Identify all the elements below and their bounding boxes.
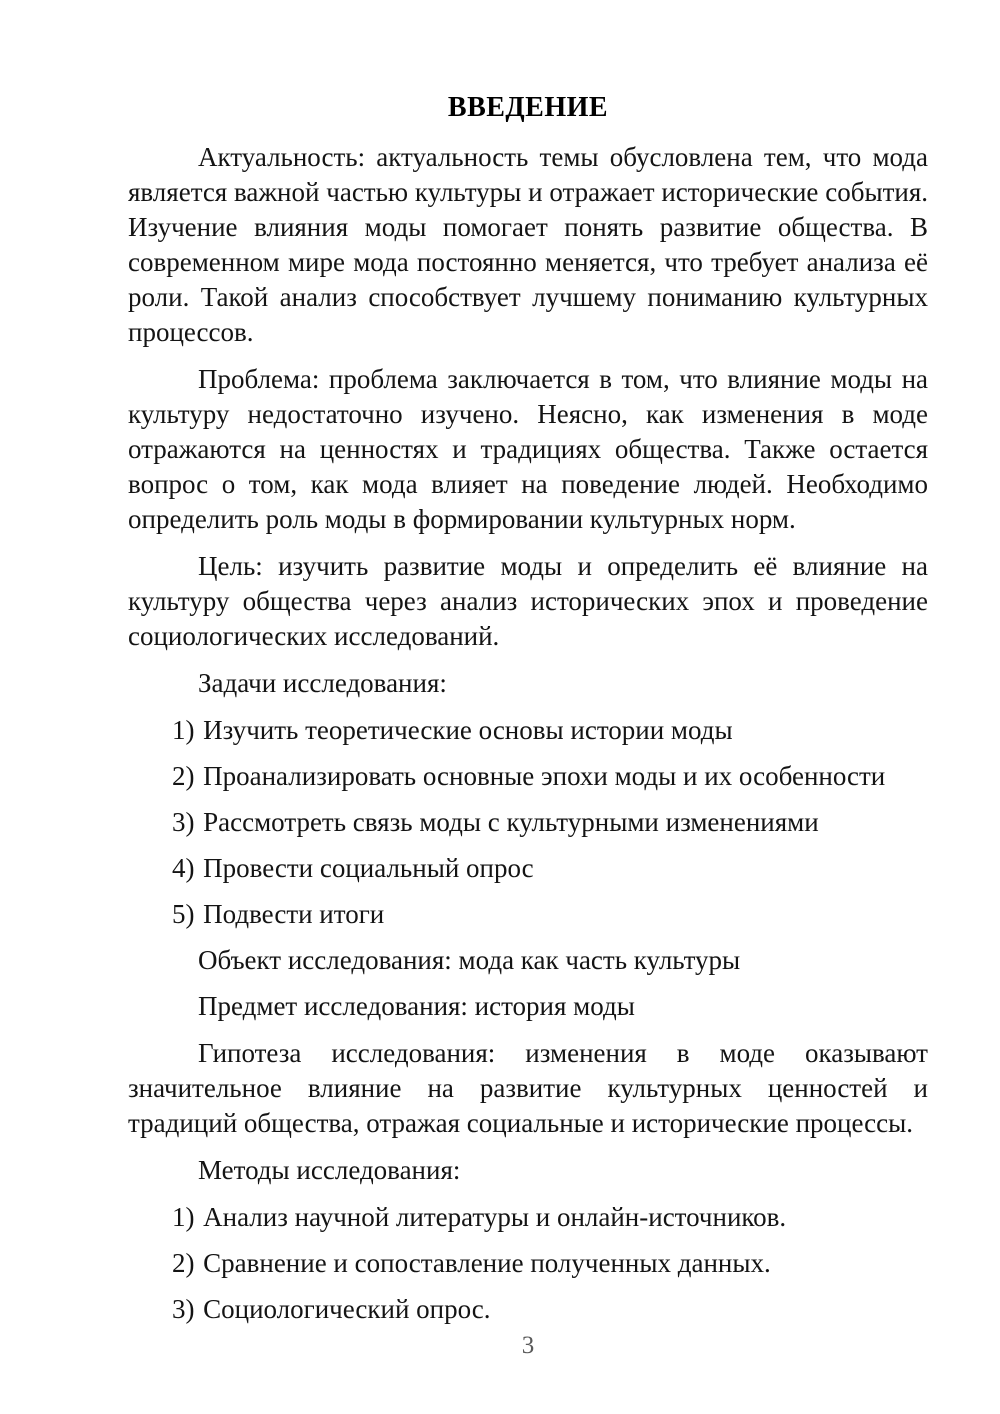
method-item-3-number: 3) bbox=[172, 1294, 195, 1324]
method-item-3: 3)Социологический опрос. bbox=[172, 1292, 928, 1327]
document-content: ВВЕДЕНИЕ Актуальность: актуальность темы… bbox=[128, 90, 928, 1338]
method-item-1-text: Анализ научной литературы и онлайн-источ… bbox=[203, 1202, 786, 1232]
paragraph-subject: Предмет исследования: история моды bbox=[128, 989, 928, 1024]
task-item-5-text: Подвести итоги bbox=[203, 899, 384, 929]
task-item-5: 5)Подвести итоги bbox=[172, 897, 928, 932]
task-item-4: 4)Провести социальный опрос bbox=[172, 851, 928, 886]
method-item-2: 2)Сравнение и сопоставление полученных д… bbox=[172, 1246, 928, 1281]
task-item-2-number: 2) bbox=[172, 761, 195, 791]
methods-list: 1)Анализ научной литературы и онлайн-ист… bbox=[128, 1200, 928, 1327]
task-item-4-number: 4) bbox=[172, 853, 195, 883]
paragraph-object: Объект исследования: мода как часть куль… bbox=[128, 943, 928, 978]
section-heading: ВВЕДЕНИЕ bbox=[128, 90, 928, 125]
method-item-2-number: 2) bbox=[172, 1248, 195, 1278]
paragraph-problem: Проблема: проблема заключается в том, чт… bbox=[128, 362, 928, 537]
tasks-heading: Задачи исследования: bbox=[128, 666, 928, 701]
methods-heading: Методы исследования: bbox=[128, 1153, 928, 1188]
document-page: ВВЕДЕНИЕ Актуальность: актуальность темы… bbox=[0, 0, 1000, 1414]
paragraph-hypothesis: Гипотеза исследования: изменения в моде … bbox=[128, 1036, 928, 1141]
tasks-list: 1)Изучить теоретические основы истории м… bbox=[128, 713, 928, 932]
page-number: 3 bbox=[128, 1331, 928, 1361]
method-item-3-text: Социологический опрос. bbox=[203, 1294, 490, 1324]
task-item-1-text: Изучить теоретические основы истории мод… bbox=[203, 715, 732, 745]
method-item-1: 1)Анализ научной литературы и онлайн-ист… bbox=[172, 1200, 928, 1235]
method-item-1-number: 1) bbox=[172, 1202, 195, 1232]
task-item-2: 2)Проанализировать основные эпохи моды и… bbox=[172, 759, 928, 794]
task-item-3-text: Рассмотреть связь моды с культурными изм… bbox=[203, 807, 819, 837]
task-item-5-number: 5) bbox=[172, 899, 195, 929]
task-item-1-number: 1) bbox=[172, 715, 195, 745]
task-item-3-number: 3) bbox=[172, 807, 195, 837]
task-item-1: 1)Изучить теоретические основы истории м… bbox=[172, 713, 928, 748]
method-item-2-text: Сравнение и сопоставление полученных дан… bbox=[203, 1248, 771, 1278]
task-item-4-text: Провести социальный опрос bbox=[203, 853, 534, 883]
task-item-2-text: Проанализировать основные эпохи моды и и… bbox=[203, 761, 885, 791]
task-item-3: 3)Рассмотреть связь моды с культурными и… bbox=[172, 805, 928, 840]
paragraph-goal: Цель: изучить развитие моды и определить… bbox=[128, 549, 928, 654]
paragraph-relevance: Актуальность: актуальность темы обусловл… bbox=[128, 140, 928, 350]
